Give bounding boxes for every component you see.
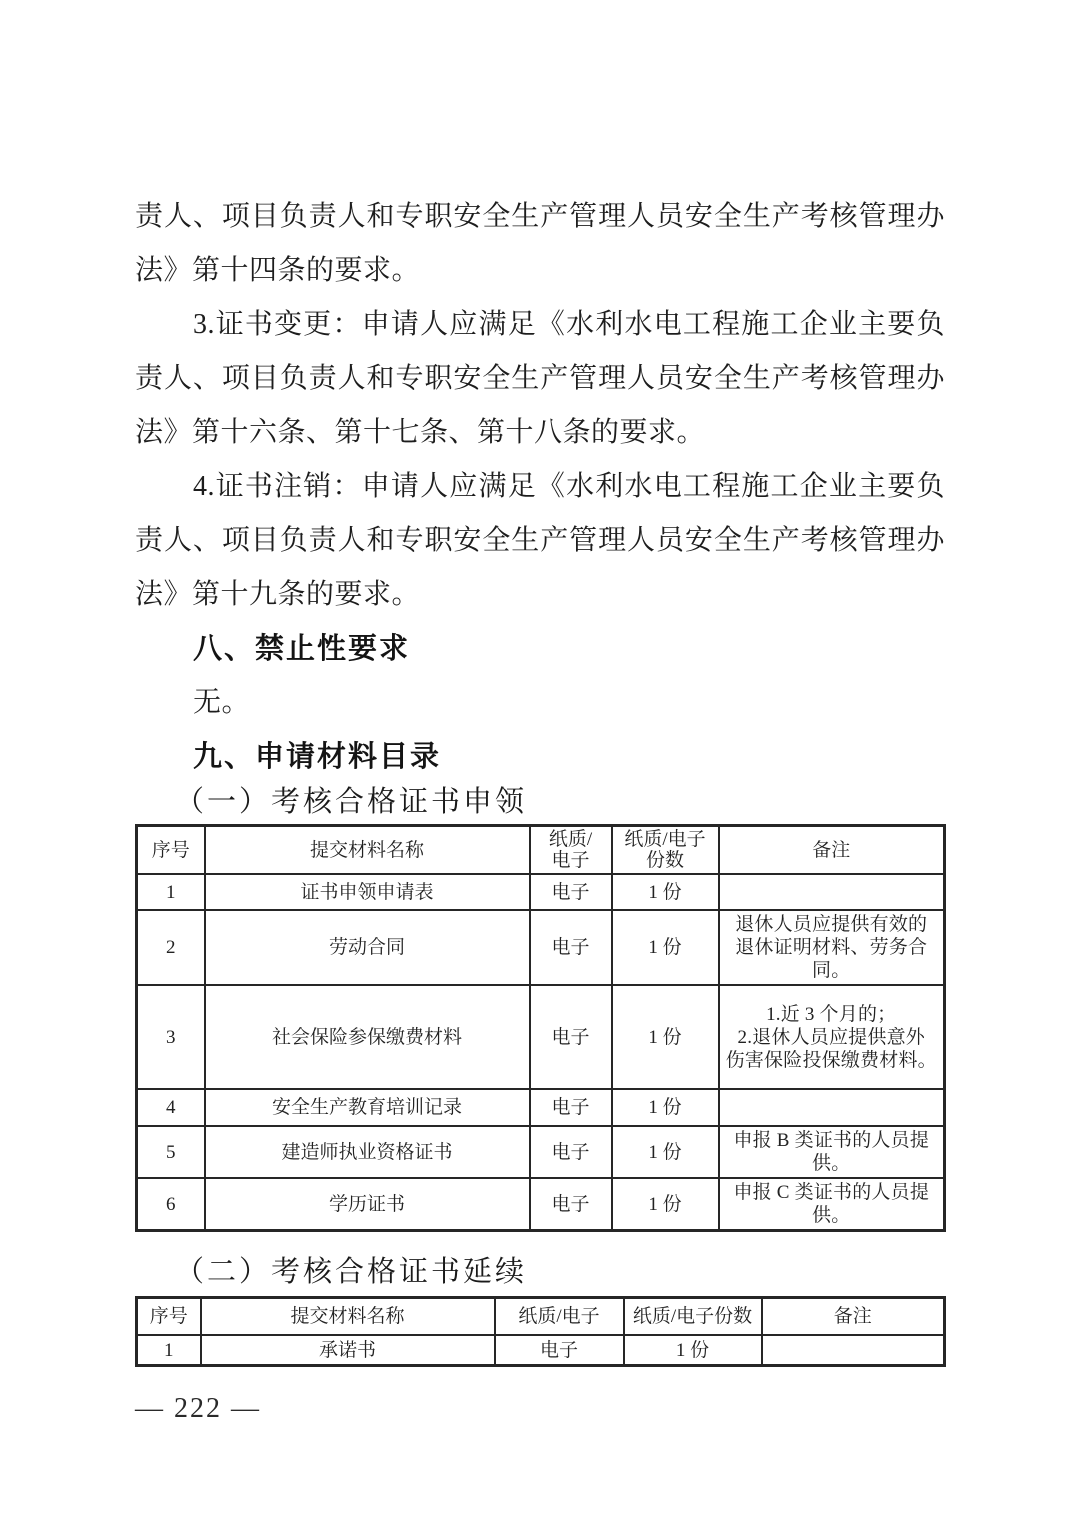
section-body-none: 无。 [135,676,945,730]
cell-note [762,1335,945,1366]
table-row: 3 社会保险参保缴费材料 电子 1 份 1.近 3 个月的； 2.退休人员应提供… [137,985,945,1089]
body-line: 法》第十六条、第十七条、第十八条的要求。 [135,406,945,460]
cell-medium: 电子 [530,1089,612,1126]
cell-note: 1.近 3 个月的； 2.退休人员应提供意外 伤害保险投保缴费材料。 [719,985,945,1089]
cell-medium: 电子 [530,910,612,985]
cell-material-name: 劳动合同 [205,910,530,985]
materials-table-certificate-application: 序号 提交材料名称 纸质/ 电子 纸质/电子 份数 备注 1 证书申领申请表 电… [135,824,946,1232]
table-header-row: 序号 提交材料名称 纸质/电子 纸质/电子份数 备注 [137,1298,945,1336]
cell-material-name: 安全生产教育培训记录 [205,1089,530,1126]
section-heading-prohibitive-requirements: 八、禁止性要求 [135,622,945,676]
body-line: 4.证书注销：申请人应满足《水利水电工程施工企业主要负 [135,460,945,514]
cell-copies: 1 份 [612,1126,719,1178]
cell-note: 申报 C 类证书的人员提 供。 [719,1178,945,1231]
materials-table-certificate-renewal: 序号 提交材料名称 纸质/电子 纸质/电子份数 备注 1 承诺书 电子 1 份 [135,1296,946,1367]
header-material: 提交材料名称 [201,1298,495,1336]
header-copies: 纸质/电子份数 [624,1298,762,1336]
cell-seq: 1 [137,1335,201,1366]
body-line: 责人、项目负责人和专职安全生产管理人员安全生产考核管理办 [135,352,945,406]
cell-copies: 1 份 [612,1089,719,1126]
table-row: 2 劳动合同 电子 1 份 退休人员应提供有效的 退休证明材料、劳务合 同。 [137,910,945,985]
body-line: 法》第十四条的要求。 [135,244,945,298]
body-line: 法》第十九条的要求。 [135,568,945,622]
document-page: { "document": { "paragraph_lines": [ { "… [0,0,1075,1519]
cell-medium: 电子 [530,874,612,910]
body-line: 责人、项目负责人和专职安全生产管理人员安全生产考核管理办 [135,190,945,244]
table-header-row: 序号 提交材料名称 纸质/ 电子 纸质/电子 份数 备注 [137,826,945,875]
cell-medium: 电子 [495,1335,624,1366]
cell-seq: 5 [137,1126,205,1178]
header-seq: 序号 [137,826,205,875]
cell-copies: 1 份 [612,910,719,985]
subsection-title-certificate-application: （一）考核合格证书申领 [135,784,945,820]
cell-material-name: 建造师执业资格证书 [205,1126,530,1178]
header-copies: 纸质/电子 份数 [612,826,719,875]
cell-copies: 1 份 [624,1335,762,1366]
cell-note: 申报 B 类证书的人员提 供。 [719,1126,945,1178]
subsection-title-certificate-renewal: （二）考核合格证书延续 [135,1254,945,1290]
cell-note [719,874,945,910]
section-heading-application-materials: 九、申请材料目录 [135,730,945,784]
table-row: 6 学历证书 电子 1 份 申报 C 类证书的人员提 供。 [137,1178,945,1231]
page-number: — 222 — [135,1393,945,1425]
body-line: 3.证书变更：申请人应满足《水利水电工程施工企业主要负 [135,298,945,352]
cell-seq: 4 [137,1089,205,1126]
page-content: 责人、项目负责人和专职安全生产管理人员安全生产考核管理办 法》第十四条的要求。 … [135,190,945,1425]
cell-copies: 1 份 [612,874,719,910]
cell-note: 退休人员应提供有效的 退休证明材料、劳务合 同。 [719,910,945,985]
cell-medium: 电子 [530,1178,612,1231]
header-seq: 序号 [137,1298,201,1336]
cell-material-name: 承诺书 [201,1335,495,1366]
header-medium: 纸质/电子 [495,1298,624,1336]
body-line: 责人、项目负责人和专职安全生产管理人员安全生产考核管理办 [135,514,945,568]
table-row: 1 承诺书 电子 1 份 [137,1335,945,1366]
cell-medium: 电子 [530,1126,612,1178]
table-row: 1 证书申领申请表 电子 1 份 [137,874,945,910]
cell-material-name: 社会保险参保缴费材料 [205,985,530,1089]
cell-copies: 1 份 [612,985,719,1089]
header-material: 提交材料名称 [205,826,530,875]
cell-seq: 2 [137,910,205,985]
cell-material-name: 证书申领申请表 [205,874,530,910]
table-row: 5 建造师执业资格证书 电子 1 份 申报 B 类证书的人员提 供。 [137,1126,945,1178]
cell-seq: 3 [137,985,205,1089]
cell-medium: 电子 [530,985,612,1089]
cell-copies: 1 份 [612,1178,719,1231]
cell-note [719,1089,945,1126]
header-note: 备注 [762,1298,945,1336]
header-note: 备注 [719,826,945,875]
cell-seq: 1 [137,874,205,910]
cell-seq: 6 [137,1178,205,1231]
header-medium: 纸质/ 电子 [530,826,612,875]
table-row: 4 安全生产教育培训记录 电子 1 份 [137,1089,945,1126]
cell-material-name: 学历证书 [205,1178,530,1231]
